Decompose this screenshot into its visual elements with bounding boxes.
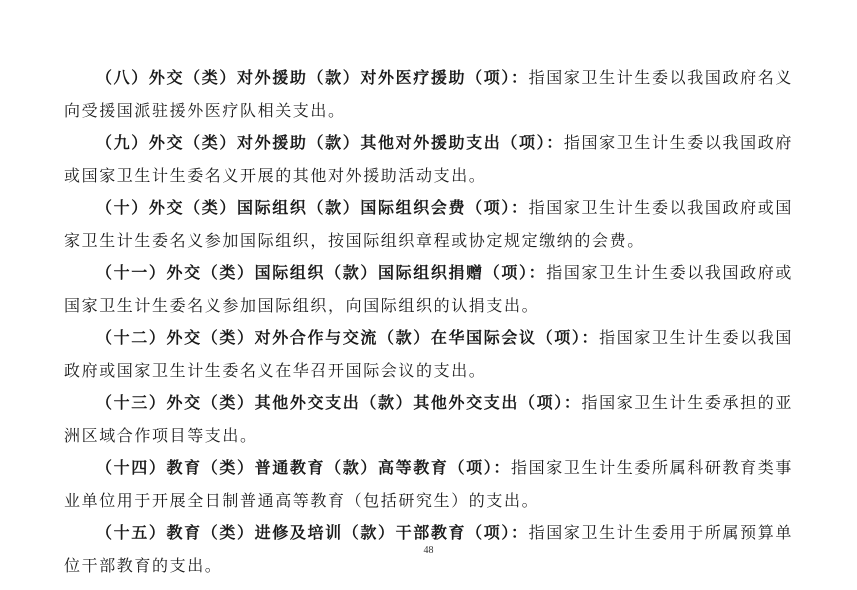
paragraph-11: （十一）外交（类）国际组织（款）国际组织捐赠（项）：指国家卫生计生委以我国政府或…: [64, 257, 793, 322]
paragraph-13: （十三）外交（类）其他外交支出（款）其他外交支出（项）：指国家卫生计生委承担的亚…: [64, 387, 793, 452]
paragraph-heading: （十四）教育（类）普通教育（款）高等教育（项）：: [96, 458, 511, 477]
paragraph-9: （九）外交（类）对外援助（款）其他对外援助支出（项）：指国家卫生计生委以我国政府…: [64, 127, 793, 192]
paragraph-heading: （九）外交（类）对外援助（款）其他对外援助支出（项）：: [96, 133, 564, 152]
paragraph-heading: （十）外交（类）国际组织（款）国际组织会费（项）：: [96, 198, 529, 217]
paragraph-heading: （十一）外交（类）国际组织（款）国际组织捐赠（项）：: [96, 263, 546, 282]
paragraph-heading: （十五）教育（类）进修及培训（款）干部教育（项）：: [96, 523, 529, 542]
paragraph-14: （十四）教育（类）普通教育（款）高等教育（项）：指国家卫生计生委所属科研教育类事…: [64, 452, 793, 517]
paragraph-10: （十）外交（类）国际组织（款）国际组织会费（项）：指国家卫生计生委以我国政府或国…: [64, 192, 793, 257]
paragraph-heading: （十二）外交（类）对外合作与交流（款）在华国际会议（项）：: [96, 328, 599, 347]
paragraph-heading: （十三）外交（类）其他外交支出（款）其他外交支出（项）：: [96, 393, 582, 412]
page-number: 48: [0, 545, 857, 556]
paragraph-12: （十二）外交（类）对外合作与交流（款）在华国际会议（项）：指国家卫生计生委以我国…: [64, 322, 793, 387]
paragraph-8: （八）外交（类）对外援助（款）对外医疗援助（项）：指国家卫生计生委以我国政府名义…: [64, 62, 793, 127]
paragraph-heading: （八）外交（类）对外援助（款）对外医疗援助（项）：: [96, 68, 529, 87]
document-page: （八）外交（类）对外援助（款）对外医疗援助（项）：指国家卫生计生委以我国政府名义…: [64, 62, 793, 582]
